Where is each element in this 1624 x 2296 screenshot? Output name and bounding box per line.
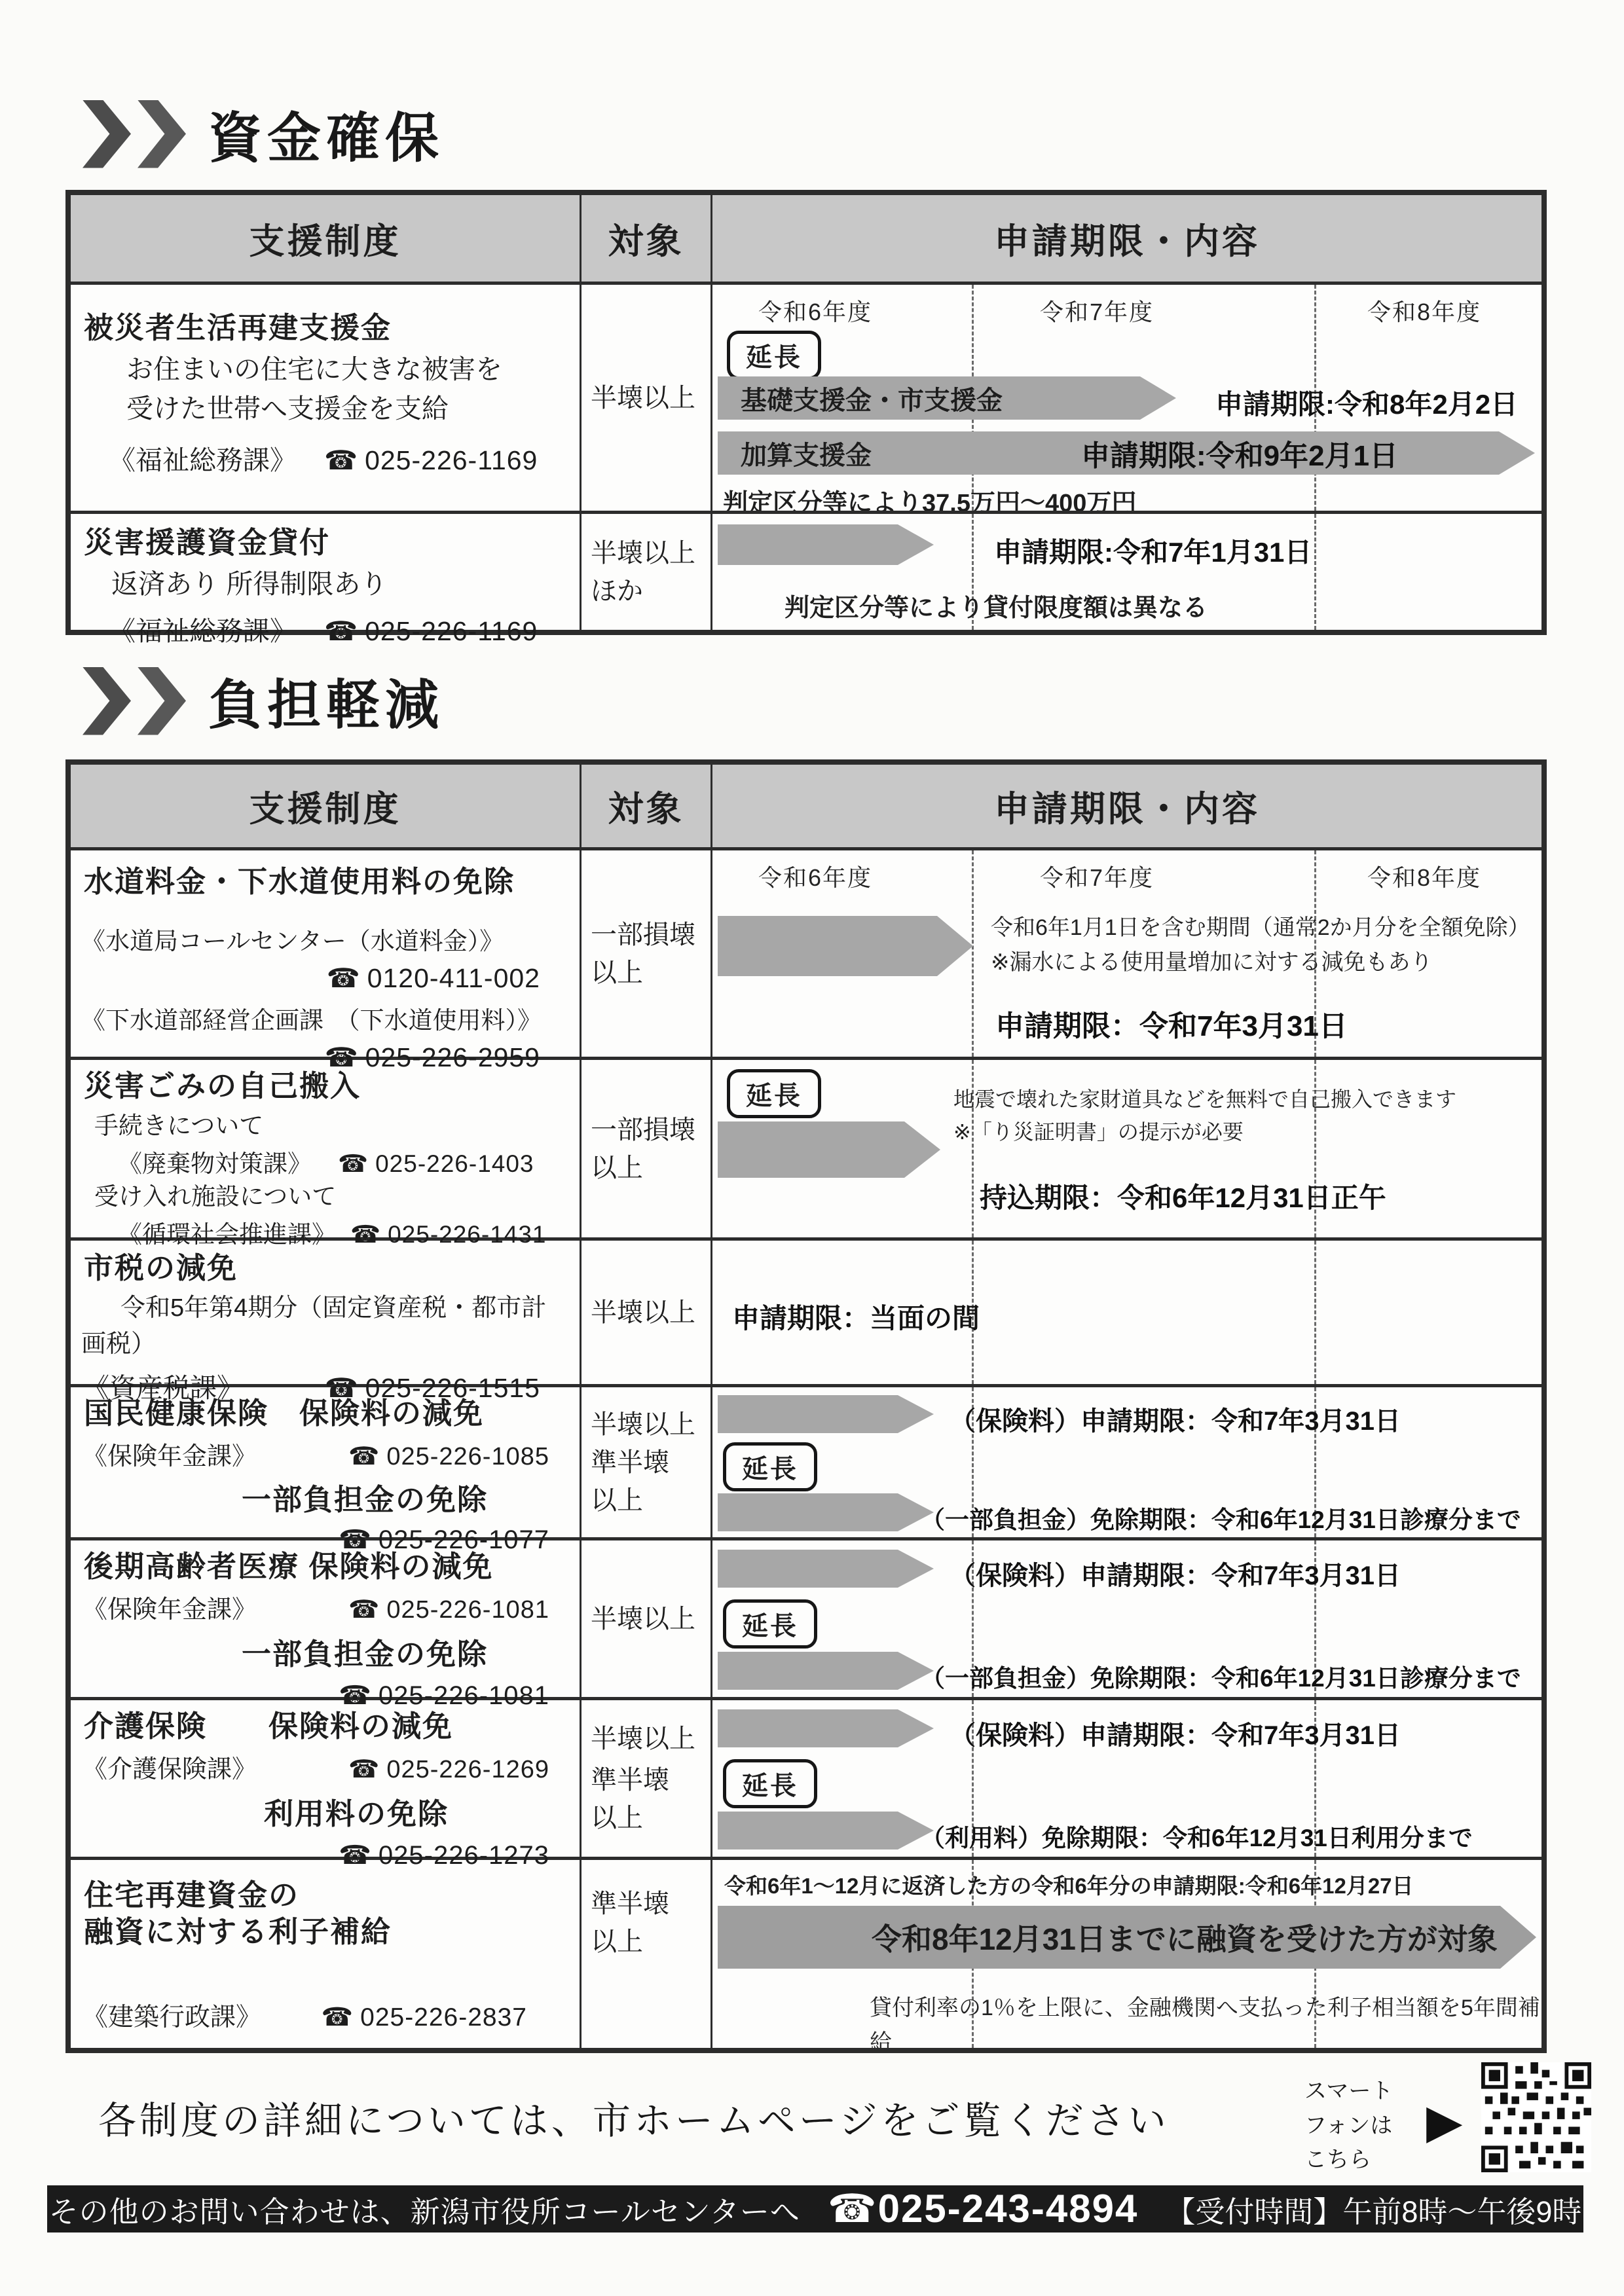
footer-message: 各制度の詳細については、市ホームページをご覧ください [98,2090,1170,2145]
double-chevron-icon [83,667,186,735]
extension-badge: 延長 [723,1759,817,1808]
chevron-icon [83,667,131,735]
phone-icon: ☎ [327,963,361,993]
qr-code [1481,2062,1591,2172]
target-label: 以上 [581,954,710,992]
header-target: 対象 [581,765,712,847]
deadline-text: （利用料）免除期限：令和6年12月31日利用分まで [921,1818,1473,1853]
target-cell: 半壊以上 ほか [581,514,712,630]
phone-number: 025-226-1081 [386,1596,549,1624]
phone-icon: ☎ [348,1443,380,1470]
phone: ☎025-226-1403 [338,1150,534,1178]
program-title: 水道料金・下水道使用料の免除 [84,864,580,900]
deadline-text: 申請期限:令和9年2月1日 [1081,432,1398,474]
target-line: 準半壊 [581,1761,710,1799]
support-arrow [718,1812,934,1850]
contact-bar-text: その他のお問い合わせは、新潟市役所コールセンターへ [49,2188,800,2231]
section-header-funding: 資金確保 [83,96,444,172]
target-label: 準半壊 以上 [581,1761,710,1837]
deadline-text: 持込期限：令和6年12月31日正午 [980,1176,1386,1216]
department-name: 《福祉総務課》 [109,439,297,477]
phone-number: 025-226-1403 [375,1150,534,1177]
support-arrow [718,1652,934,1690]
table-row: 被災者生活再建支援金 お住まいの住宅に大きな被害を 受けた世帯へ支援金を支給 《… [71,282,1541,511]
detail-line: ※「り災証明書」の提示が必要 [953,1116,1530,1149]
phone-number: 025-226-1085 [386,1443,549,1470]
year-label: 令和6年度 [758,294,872,327]
phone-icon: ☎ [348,1756,380,1783]
program-subtitle: 一部負担金の免除 [71,1476,580,1518]
program-desc-line: 受け入れ施設について [94,1179,580,1214]
target-label: 半壊以上 [581,534,710,572]
target-label: 半壊以上 [581,1294,710,1332]
contact-line: 《福祉総務課》 ☎025-226-1169 [109,439,580,477]
burden-table: 支援制度 対象 申請期限・内容 水道料金・下水道使用料の免除 《水道局コールセン… [65,759,1547,2053]
target-label: 以上 [581,1149,710,1187]
program-desc-line: 受けた世帯へ支援金を支給 [126,390,580,428]
timeline-cell: 延長 地震で壊れた家財道具などを無料で自己搬入できます ※「り災証明書」の提示が… [712,1060,1541,1237]
table-row: 住宅再建資金の 融資に対する利子補給 《建築行政課》 ☎025-226-2837… [71,1857,1541,2048]
deadline-text: （保険料）申請期限：令和7年3月31日 [950,1400,1401,1438]
department-name: 《介護保険課》 [83,1749,257,1785]
program-cell: 災害ごみの自己搬入 手続きについて 《廃棄物対策課》 ☎025-226-1403… [71,1060,581,1237]
contact-line: 《福祉総務課》 ☎025-226-1169 [109,610,580,648]
extension-badge: 延長 [723,1442,817,1491]
program-desc-line: 令和5年第4期分（固定資産税・都市計 [120,1290,580,1326]
section-title-funding: 資金確保 [208,96,444,172]
chevron-icon [138,667,186,735]
header-system: 支援制度 [71,195,581,282]
section-header-burden: 負担軽減 [83,663,444,739]
smartphone-note-line: スマート [1304,2074,1393,2109]
contact-bar: その他のお問い合わせは、新潟市役所コールセンターへ ☎025-243-4894 … [47,2185,1583,2232]
year-label: 令和7年度 [1040,860,1154,893]
detail-text: 地震で壊れた家財道具などを無料で自己搬入できます ※「り災証明書」の提示が必要 [953,1084,1530,1148]
department-name: 《保険年金課》 [83,1589,257,1625]
program-title: 市税の減免 [84,1250,580,1286]
smartphone-note-line: フォンは [1304,2109,1393,2143]
program-desc-line: 画税） [81,1326,580,1362]
phone: ☎025-226-2837 [322,2003,527,2032]
flyer-page: 資金確保 支援制度 対象 申請期限・内容 被災者生活再建支援金 お住まいの住宅に… [0,0,1624,2296]
target-label: ほか [581,572,710,610]
deadline-text: （一部負担金）免除期限：令和6年12月31日診療分まで [921,1658,1521,1694]
note-text: 令和6年1～12月に返済した方の令和6年分の申請期限:令和6年12月27日 [724,1869,1414,1900]
arrow-label: 基礎支援金・市支援金 [718,380,1003,417]
year-label: 令和8年度 [1367,294,1481,327]
phone-icon: ☎ [322,2003,354,2032]
chevron-icon [83,100,131,168]
table-row: 市税の減免 令和5年第4期分（固定資産税・都市計 画税） 《資産税課》 ☎025… [71,1237,1541,1384]
phone-number: 0120-411-002 [367,963,540,993]
target-cell: 半壊以上 [581,285,712,511]
timeline-cell: 令和6年1～12月に返済した方の令和6年分の申請期限:令和6年12月27日 令和… [712,1860,1541,2048]
timeline-cell: 令和6年度 令和7年度 令和8年度 延長 基礎支援金・市支援金 申請期限:令和8… [712,285,1541,511]
contact-line: 《保険年金課》 ☎025-226-1085 [83,1436,580,1472]
department-name: 《下水道部経営企画課 （下水道使用料）》 [81,1003,580,1038]
target-line: 準半壊 [581,1444,710,1482]
target-cell: 半壊以上 [581,1540,712,1697]
program-cell: 被災者生活再建支援金 お住まいの住宅に大きな被害を 受けた世帯へ支援金を支給 《… [71,285,581,511]
program-title: 国民健康保険 保険料の減免 [84,1395,580,1432]
support-arrow: 加算支援金 申請期限:令和9年2月1日 [718,431,1535,475]
detail-text: 令和6年1月1日を含む期間（通常2か月分を全額免除） ※漏水による使用量増加に対… [991,911,1541,979]
target-cell: 一部損壊 以上 [581,850,712,1057]
smartphone-note-line: こちら [1304,2143,1393,2178]
program-title: 災害ごみの自己搬入 [84,1068,580,1104]
phone: ☎025-226-1169 [324,615,538,647]
program-title: 被災者生活再建支援金 [84,310,580,346]
department-name: 《廃棄物対策課》 [118,1144,312,1179]
support-arrow: 基礎支援金・市支援金 [718,376,1176,420]
phone-icon: ☎ [324,445,358,475]
phone-number: 025-226-1269 [386,1756,549,1783]
deadline-text: （保険料）申請期限：令和7年3月31日 [950,1715,1401,1752]
target-cell: 半壊以上 [581,1241,712,1384]
table-row: 国民健康保険 保険料の減免 《保険年金課》 ☎025-226-1085 一部負担… [71,1384,1541,1537]
target-label: 半壊以上 [581,1600,710,1638]
support-arrow [718,1395,934,1433]
program-desc-line: 手続きについて [94,1108,580,1144]
timeline-divider [972,850,974,1057]
note-text: 判定区分等により貸付限度額は異なる [784,587,1208,623]
phone: ☎0120-411-002 [71,959,580,998]
program-cell: 後期高齢者医療 保険料の減免 《保険年金課》 ☎025-226-1081 一部負… [71,1540,581,1697]
timeline-cell: （保険料）申請期限：令和7年3月31日 延長 （一部負担金）免除期限：令和6年1… [712,1540,1541,1697]
deadline-text: （保険料）申請期限：令和7年3月31日 [950,1555,1401,1592]
header-target: 対象 [581,195,712,282]
header-deadline: 申請期限・内容 [712,195,1541,282]
timeline-cell: 申請期限:令和7年1月31日 判定区分等により貸付限度額は異なる [712,514,1541,630]
target-line: 以上 [581,1799,710,1837]
phone-icon: ☎ [348,1596,380,1624]
table-row: 介護保険 保険料の減免 《介護保険課》 ☎025-226-1269 利用料の免除… [71,1697,1541,1857]
department-name: 《建築行政課》 [83,1997,261,2033]
contact-bar-hours: 【受付時間】午前8時～午後9時 [1166,2188,1581,2231]
pointer-icon: ▶ [1426,2094,1462,2149]
double-chevron-icon [83,100,186,168]
department-name: 《水道局コールセンター（水道料金）》 [81,924,580,959]
arrow-label: 令和8年12月31日までに融資を受けた方が対象 [718,1916,1498,1959]
target-label: 一部損壊 [581,916,710,954]
timeline-divider [1314,1241,1316,1384]
program-title: 介護保険 保険料の減免 [84,1708,580,1745]
phone-icon: ☎ [324,616,358,646]
target-label: 一部損壊 [581,1111,710,1149]
detail-line: ※漏水による使用量増加に対する減免もあり [991,945,1541,980]
program-cell: 国民健康保険 保険料の減免 《保険年金課》 ☎025-226-1085 一部負担… [71,1387,581,1537]
program-cell: 市税の減免 令和5年第4期分（固定資産税・都市計 画税） 《資産税課》 ☎025… [71,1241,581,1384]
program-cell: 住宅再建資金の 融資に対する利子補給 《建築行政課》 ☎025-226-2837 [71,1860,581,2048]
deadline-text: 申請期限：当面の間 [732,1297,980,1336]
arrow-label: 加算支援金 [718,435,872,472]
contact-line: 《保険年金課》 ☎025-226-1081 [83,1589,580,1625]
year-label: 令和6年度 [758,860,872,893]
support-arrow [718,916,973,976]
support-arrow [718,1550,934,1588]
year-label: 令和7年度 [1040,294,1154,327]
target-line: 以上 [581,1482,710,1520]
phone: ☎025-226-1081 [348,1595,549,1624]
detail-line: 令和6年1月1日を含む期間（通常2か月分を全額免除） [991,911,1541,945]
deadline-text: （一部負担金）免除期限：令和6年12月31日診療分まで [921,1500,1521,1535]
program-title-line: 住宅再建資金の [84,1877,580,1914]
contact-line: 《廃棄物対策課》 ☎025-226-1403 [118,1144,580,1179]
target-cell: 半壊以上 準半壊 以上 [581,1387,712,1537]
funding-table: 支援制度 対象 申請期限・内容 被災者生活再建支援金 お住まいの住宅に大きな被害… [65,190,1547,635]
phone-number: 025-226-2837 [360,2003,527,2032]
deadline-text: 申請期限:令和7年1月31日 [994,531,1312,570]
program-cell: 水道料金・下水道使用料の免除 《水道局コールセンター（水道料金）》 ☎0120-… [71,850,581,1057]
header-system: 支援制度 [71,765,581,847]
table-row: 災害ごみの自己搬入 手続きについて 《廃棄物対策課》 ☎025-226-1403… [71,1057,1541,1237]
target-cell: 準半壊 以上 [581,1860,712,2048]
program-cell: 災害援護資金貸付 返済あり 所得制限あり 《福祉総務課》 ☎025-226-11… [71,514,581,630]
phone: ☎025-226-1085 [348,1442,549,1471]
timeline-cell: （保険料）申請期限：令和7年3月31日 延長 （一部負担金）免除期限：令和6年1… [712,1387,1541,1537]
target-label: 以上 [581,1923,710,1961]
phone-number: 025-226-1169 [365,445,538,475]
table-row: 水道料金・下水道使用料の免除 《水道局コールセンター（水道料金）》 ☎0120-… [71,847,1541,1057]
smartphone-note: スマート フォンは こちら [1304,2074,1393,2178]
contact-line: 《介護保険課》 ☎025-226-1269 [83,1749,580,1785]
timeline-cell: 申請期限：当面の間 [712,1241,1541,1384]
support-arrow [718,1121,940,1178]
table-row: 災害援護資金貸付 返済あり 所得制限あり 《福祉総務課》 ☎025-226-11… [71,511,1541,630]
year-label: 令和8年度 [1367,860,1481,893]
extension-badge: 延長 [723,1599,817,1649]
program-subtitle: 一部負担金の免除 [71,1630,580,1673]
support-arrow [718,1493,934,1531]
header-deadline: 申請期限・内容 [712,765,1541,847]
extension-badge: 延長 [727,331,821,380]
support-arrow [718,1709,934,1747]
target-cell: 半壊以上 準半壊 以上 [581,1700,712,1857]
table-header-row: 支援制度 対象 申請期限・内容 [71,765,1541,847]
target-label: 半壊以上 [581,1720,710,1758]
target-label: 準半壊 以上 [581,1444,710,1520]
timeline-cell: （保険料）申請期限：令和7年3月31日 延長 （利用料）免除期限：令和6年12月… [712,1700,1541,1857]
program-desc-line: お住まいの住宅に大きな被害を [126,350,580,389]
deadline-text: 申請期限:令和8年2月2日 [1215,383,1518,422]
extension-badge: 延長 [727,1069,821,1118]
detail-line: 地震で壊れた家財道具などを無料で自己搬入できます [953,1084,1530,1116]
program-subtitle: 利用料の免除 [71,1790,580,1832]
phone-number: 025-226-1169 [365,616,538,646]
contact-bar-phone: ☎025-243-4894 [828,2186,1138,2232]
table-header-row: 支援制度 対象 申請期限・内容 [71,195,1541,282]
department-name: 《福祉総務課》 [109,610,297,648]
table-row: 後期高齢者医療 保険料の減免 《保険年金課》 ☎025-226-1081 一部負… [71,1537,1541,1697]
detail-text: 貸付利率の1％を上限に、金融機関へ支払った利子相当額を5年間補給 [870,1991,1541,2048]
target-cell: 一部損壊 以上 [581,1060,712,1237]
deadline-text: 申請期限：令和7年3月31日 [995,1002,1348,1044]
program-desc-line: 返済あり 所得制限あり [111,565,580,604]
program-title-line: 融資に対する利子補給 [84,1914,580,1950]
phone: ☎025-226-1269 [348,1755,549,1784]
note-text: 判定区分等により37.5万円～400万円 [723,483,1136,511]
support-arrow: 令和8年12月31日までに融資を受けた方が対象 [718,1906,1536,1969]
program-title: 後期高齢者医療 保険料の減免 [84,1548,580,1585]
timeline-divider [1314,514,1316,630]
target-label: 準半壊 [581,1885,710,1923]
chevron-icon [138,100,186,168]
phone-icon: ☎ [338,1150,369,1177]
timeline-cell: 令和6年度 令和7年度 令和8年度 令和6年1月1日を含む期間（通常2か月分を全… [712,850,1541,1057]
phone: ☎025-226-1169 [324,445,538,476]
support-arrow [718,524,934,565]
department-name: 《保険年金課》 [83,1436,257,1472]
program-title: 災害援護資金貸付 [84,524,580,561]
contact-line: 《建築行政課》 ☎025-226-2837 [83,1997,580,2033]
target-label: 半壊以上 [581,379,710,417]
target-label: 半壊以上 [581,1406,710,1444]
program-cell: 介護保険 保険料の減免 《介護保険課》 ☎025-226-1269 利用料の免除… [71,1700,581,1857]
section-title-burden: 負担軽減 [208,663,444,739]
